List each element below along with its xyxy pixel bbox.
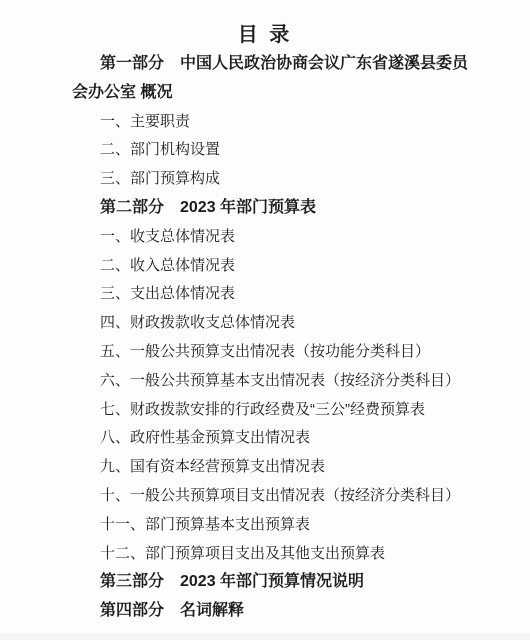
toc-section-heading: 第四部分 名词解释 bbox=[0, 597, 530, 626]
toc-line-list: 第一部分 中国人民政治协商会议广东省遂溪县委员会办公室 概况一、主要职责二、部门… bbox=[0, 50, 530, 626]
document-page: 目 录 第一部分 中国人民政治协商会议广东省遂溪县委员会办公室 概况一、主要职责… bbox=[0, 0, 530, 640]
toc-item: 二、部门机构设置 bbox=[0, 136, 530, 165]
toc-item: 五、一般公共预算支出情况表（按功能分类科目） bbox=[0, 338, 530, 367]
toc-item: 七、财政拨款安排的行政经费及“三公”经费预算表 bbox=[0, 396, 530, 425]
toc-section-heading: 会办公室 概况 bbox=[0, 79, 530, 108]
toc-item: 九、国有资本经营预算支出情况表 bbox=[0, 453, 530, 482]
toc-item: 一、主要职责 bbox=[0, 108, 530, 137]
page-bottom-edge bbox=[0, 633, 530, 640]
toc-section-heading: 第一部分 中国人民政治协商会议广东省遂溪县委员 bbox=[0, 50, 530, 79]
toc-item: 一、收支总体情况表 bbox=[0, 223, 530, 252]
toc-item: 三、部门预算构成 bbox=[0, 165, 530, 194]
toc-item: 八、政府性基金预算支出情况表 bbox=[0, 424, 530, 453]
toc-item: 十二、部门预算项目支出及其他支出预算表 bbox=[0, 540, 530, 569]
toc-item: 三、支出总体情况表 bbox=[0, 280, 530, 309]
page-title: 目 录 bbox=[0, 21, 530, 50]
toc-item: 十、一般公共预算项目支出情况表（按经济分类科目） bbox=[0, 482, 530, 511]
toc-item: 四、财政拨款收支总体情况表 bbox=[0, 309, 530, 338]
toc-item: 十一、部门预算基本支出预算表 bbox=[0, 511, 530, 540]
toc-section-heading: 第二部分 2023 年部门预算表 bbox=[0, 194, 530, 223]
toc-section-heading: 第三部分 2023 年部门预算情况说明 bbox=[0, 568, 530, 597]
toc-content: 目 录 第一部分 中国人民政治协商会议广东省遂溪县委员会办公室 概况一、主要职责… bbox=[0, 0, 530, 626]
toc-item: 六、一般公共预算基本支出情况表（按经济分类科目） bbox=[0, 367, 530, 396]
toc-item: 二、收入总体情况表 bbox=[0, 252, 530, 281]
